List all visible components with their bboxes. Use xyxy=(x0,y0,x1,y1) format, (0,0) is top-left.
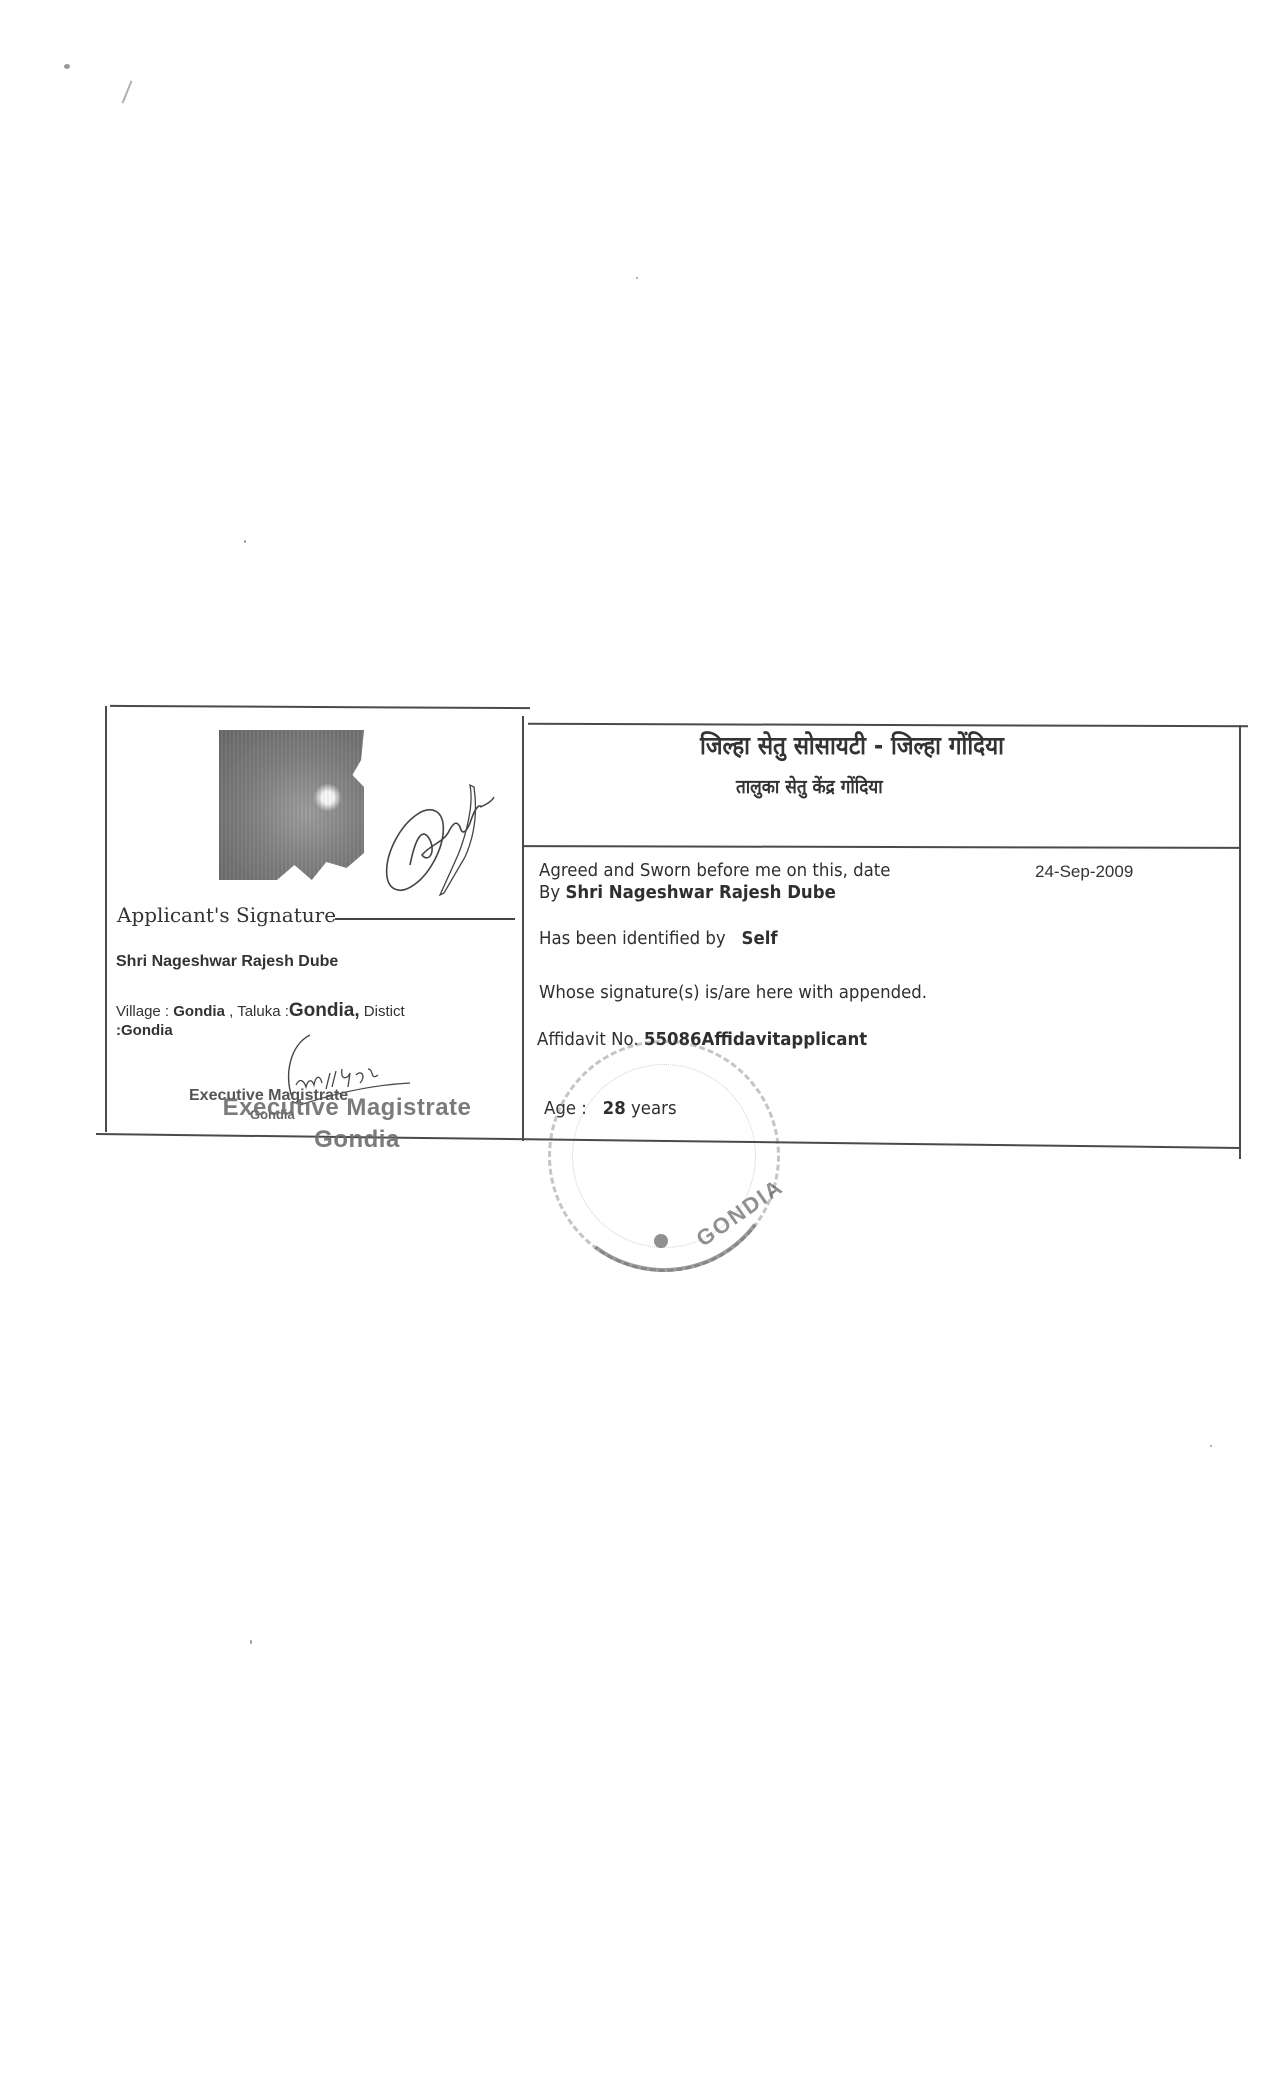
signature-appended: Whose signature(s) is/are here with appe… xyxy=(539,982,927,1003)
office-subtitle-hindi: तालुका सेतु केंद्र गोंदिया xyxy=(736,773,883,799)
identified-by: Has been identified by Self xyxy=(539,928,778,949)
signature-line xyxy=(335,918,515,920)
table-top-border-right xyxy=(528,723,1248,728)
table-left-border xyxy=(105,706,107,1132)
seal-star-icon xyxy=(654,1234,668,1248)
district-label: Distict xyxy=(364,1003,405,1020)
magistrate-rubber-stamp: Executive Magistrate Gondia xyxy=(197,1092,497,1156)
applicant-signature-label: Applicant's Signature xyxy=(117,903,336,927)
table-right-border xyxy=(1239,725,1241,1159)
sworn-date: 24-Sep-2009 xyxy=(1035,862,1133,882)
applicant-name: Shri Nageshwar Rajesh Dube xyxy=(116,953,338,971)
village-label: Village : xyxy=(116,1003,169,1020)
identified-label: Has been identified by xyxy=(539,928,726,949)
comma: , xyxy=(229,1003,237,1020)
taluka-value: Gondia, xyxy=(289,1000,360,1021)
applicant-photo-texture xyxy=(219,730,364,880)
magistrate-stamp-line1: Executive Magistrate xyxy=(197,1092,497,1124)
scan-speck xyxy=(1210,1445,1212,1447)
by-label: By xyxy=(539,882,560,903)
identified-value: Self xyxy=(742,928,778,949)
sworn-by: By Shri Nageshwar Rajesh Dube xyxy=(539,882,836,903)
village-value: Gondia xyxy=(173,1003,225,1020)
magistrate-stamp-line2: Gondia xyxy=(197,1124,497,1156)
office-seal-arc xyxy=(533,1025,795,1287)
table-top-border-left xyxy=(110,705,530,709)
column-divider xyxy=(522,716,524,1141)
scan-speck xyxy=(250,1640,252,1644)
scan-mark xyxy=(122,80,133,103)
sworn-statement: Agreed and Sworn before me on this, date xyxy=(539,860,890,881)
by-name: Shri Nageshwar Rajesh Dube xyxy=(565,882,835,903)
scan-speck xyxy=(244,540,246,543)
scan-speck xyxy=(64,64,70,69)
scan-speck xyxy=(636,277,638,279)
header-divider xyxy=(524,845,1240,849)
office-title-hindi: जिल्हा सेतु सोसायटी - जिल्हा गोंदिया xyxy=(700,728,1004,762)
taluka-label: Taluka : xyxy=(237,1003,289,1020)
district-value: :Gondia xyxy=(116,1022,173,1039)
applicant-signature-icon xyxy=(370,745,510,915)
